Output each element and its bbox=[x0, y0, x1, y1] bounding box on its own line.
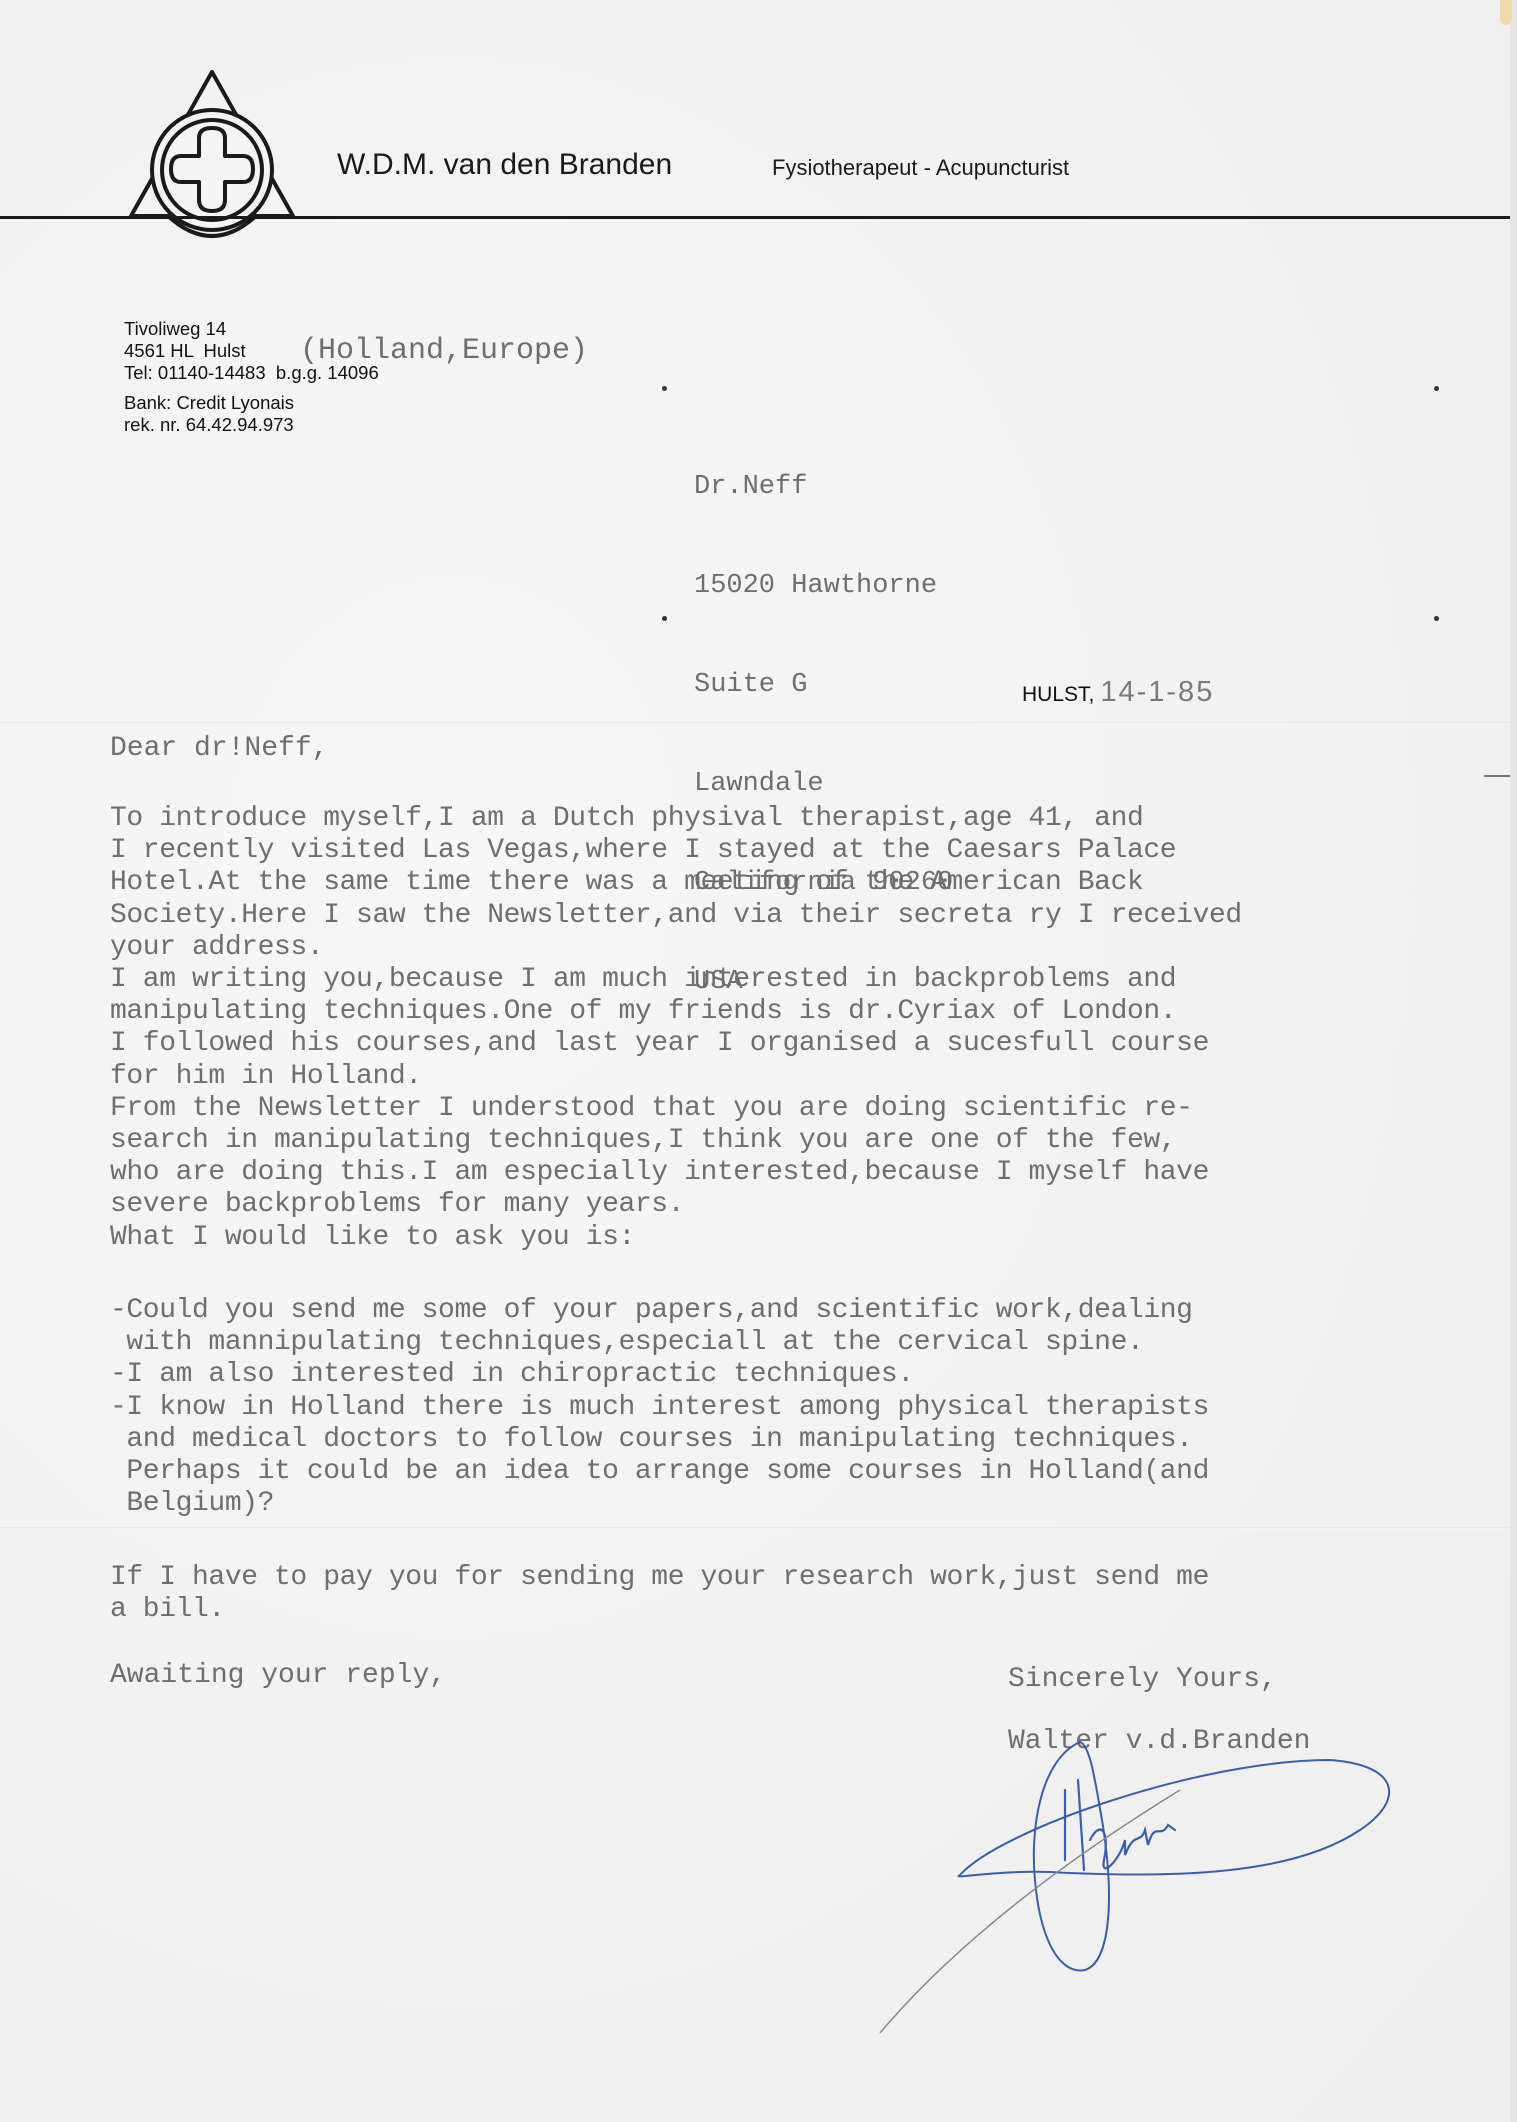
letterhead-rule bbox=[0, 216, 1510, 219]
salutation: Dear dr!Neff, bbox=[110, 733, 328, 764]
typed-line: To introduce myself,I am a Dutch physiva… bbox=[110, 803, 1242, 835]
typed-line: What I would like to ask you is: bbox=[110, 1222, 1242, 1254]
typed-line: a bill. bbox=[110, 1594, 1209, 1626]
sender-account: rek. nr. 64.42.94.973 bbox=[124, 414, 379, 436]
date-value: 14-1-85 bbox=[1100, 676, 1214, 708]
typed-line: -Could you send me some of your papers,a… bbox=[110, 1295, 1209, 1327]
typed-line: who are doing this.I am especially inter… bbox=[110, 1157, 1242, 1189]
typed-line: search in manipulating techniques,I thin… bbox=[110, 1125, 1242, 1157]
cross-in-circle-triangle-icon bbox=[125, 66, 305, 246]
dateline: HULST,14-1-85 bbox=[1022, 676, 1214, 709]
typed-line: for him in Holland. bbox=[110, 1061, 1242, 1093]
fold-mark bbox=[1484, 775, 1510, 777]
typed-line: From the Newsletter I understood that yo… bbox=[110, 1093, 1242, 1125]
typed-line: -I am also interested in chiropractic te… bbox=[110, 1359, 1209, 1391]
paper-edge bbox=[1510, 0, 1517, 2122]
signed-name: Walter v.d.Branden bbox=[1008, 1726, 1310, 1757]
request-list: -Could you send me some of your papers,a… bbox=[110, 1295, 1209, 1520]
sender-country-typed: (Holland,Europe) bbox=[300, 334, 588, 368]
date-place: HULST, bbox=[1022, 683, 1094, 706]
paper-stain bbox=[1500, 0, 1512, 25]
typed-line: I recently visited Las Vegas,where I sta… bbox=[110, 835, 1242, 867]
window-mark bbox=[1434, 616, 1439, 621]
typed-line: Hotel.At the same time there was a meeti… bbox=[110, 867, 1242, 899]
typed-line: -I know in Holland there is much interes… bbox=[110, 1392, 1209, 1424]
recipient-line: Lawndale bbox=[694, 768, 953, 801]
fold-line bbox=[0, 1527, 1510, 1529]
recipient-line: Suite G bbox=[694, 669, 953, 702]
typed-line: Belgium)? bbox=[110, 1488, 1209, 1520]
typed-line: Society.Here I saw the Newsletter,and vi… bbox=[110, 900, 1242, 932]
typed-line: your address. bbox=[110, 932, 1242, 964]
typed-line: severe backproblems for many years. bbox=[110, 1189, 1242, 1221]
typed-line: I am writing you,because I am much inter… bbox=[110, 964, 1242, 996]
closing-right: Sincerely Yours, bbox=[1008, 1664, 1277, 1695]
recipient-line: Dr.Neff bbox=[694, 471, 953, 504]
typed-line: and medical doctors to follow courses in… bbox=[110, 1424, 1209, 1456]
body-paragraph-3: If I have to pay you for sending me your… bbox=[110, 1562, 1209, 1626]
letterhead-profession: Fysiotherapeut - Acupuncturist bbox=[772, 155, 1069, 181]
closing-left: Awaiting your reply, bbox=[110, 1660, 446, 1691]
typed-line: manipulating techniques.One of my friend… bbox=[110, 996, 1242, 1028]
typed-line: Perhaps it could be an idea to arrange s… bbox=[110, 1456, 1209, 1488]
typed-line: I followed his courses,and last year I o… bbox=[110, 1028, 1242, 1060]
window-mark bbox=[662, 616, 667, 621]
window-mark bbox=[662, 386, 667, 391]
typed-line: with mannipulating techniques,especiall … bbox=[110, 1327, 1209, 1359]
window-mark bbox=[1434, 386, 1439, 391]
letterhead-name: W.D.M. van den Branden bbox=[337, 148, 672, 182]
recipient-line: 15020 Hawthorne bbox=[694, 570, 953, 603]
body-paragraph-1: To introduce myself,I am a Dutch physiva… bbox=[110, 803, 1242, 1254]
typed-line: If I have to pay you for sending me your… bbox=[110, 1562, 1209, 1594]
sender-bank: Bank: Credit Lyonais bbox=[124, 392, 379, 414]
